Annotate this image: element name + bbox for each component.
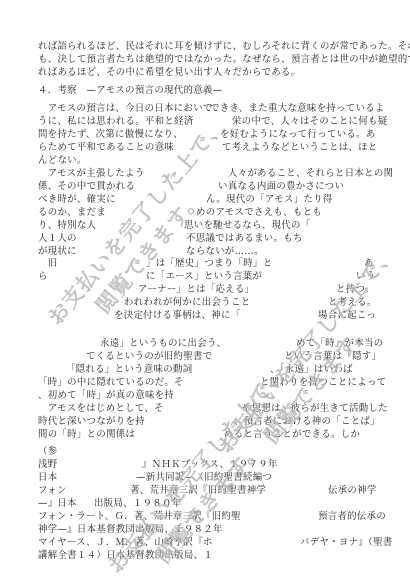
section-heading: ４．考察 —アモスの預言の現代的意義— [38, 85, 222, 97]
body-line: るのか、まだま めのアモスでさえも、もとも [38, 207, 378, 219]
body-line: 人１人の 不思議ではあるまい。もち [38, 233, 378, 245]
body-line: アモスをはじめとして、そ や思想は、彼らが生きて活動した [38, 403, 378, 415]
body-line: 係、その中で貫かれる い真なる内面の豊かさについ [38, 181, 378, 193]
document-page: れば語られるほど、民はそれに耳を傾けずに、むしろそれに背くのが常であった。それで… [0, 0, 410, 580]
body-line: アモスが主張したよう 人々があること、それらと日本との関 [38, 168, 378, 180]
intro-line: も、決して預言者たちは絶望的ではなかった。なぜなら、預言者とは世の中が絶望的であ [38, 54, 410, 66]
body-line: 時代と深いつながりを持 、預言者における神の「ことば」 [38, 416, 378, 428]
intro-line: ればあるほど、その中に希望を見い出す人々だからである。 [38, 67, 300, 79]
body-line: んどない。 [38, 155, 87, 167]
body-line: べき時が、確実に ん。現代の「アモス」たり得 [38, 194, 378, 206]
references-heading: （参 [38, 446, 57, 458]
intro-line: れば語られるほど、民はそれに耳を傾けずに、むしろそれに背くのが常であった。それで [38, 41, 410, 53]
body-line: 、初めて「時」が真の意味を持 [38, 390, 174, 402]
body-line: り、特別な人 思いを馳せるなら、現代の「 [38, 220, 378, 232]
reference-item: マイヤース、Ｊ．Ｍ．著、山崎亨訳『ホ バデヤ・ヨナ』（聖書 [38, 537, 378, 549]
